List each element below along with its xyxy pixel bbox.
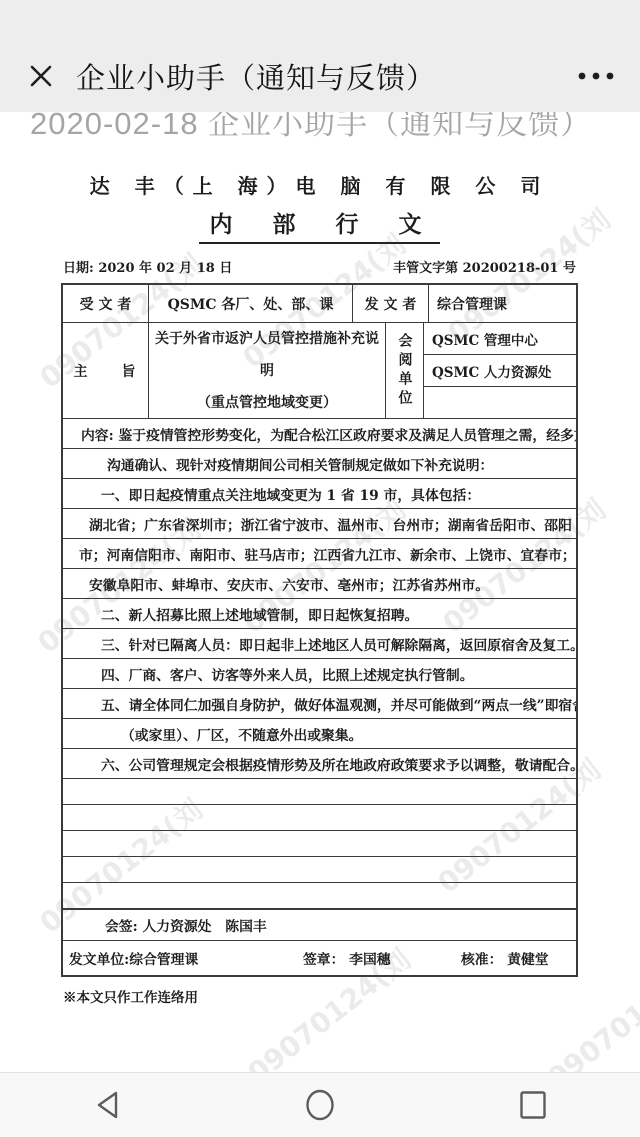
- recipient-value: QSMC 各厂、处、部、课: [149, 285, 353, 322]
- doc-number: 丰管文字第 20200218-01 号: [393, 257, 576, 276]
- blank-row: [63, 831, 576, 857]
- memo-table: 受 文 者 QSMC 各厂、处、部、课 发 文 者 综合管理课 主 旨 关于外省…: [61, 283, 578, 977]
- recents-icon[interactable]: [427, 1090, 640, 1120]
- content-line: （或家里）、厂区，不随意外出或聚集。: [63, 719, 576, 749]
- content-line: 沟通确认、现针对疫情期间公司相关管制规定做如下补充说明：: [63, 449, 576, 479]
- sender-value: 综合管理课: [429, 285, 576, 322]
- blank-row: [63, 883, 576, 909]
- content-line: 湖北省；广东省深圳市；浙江省宁波市、温州市、台州市；湖南省岳阳市、邵阳: [63, 509, 576, 539]
- subject-line-2: （重点管控地域变更）: [197, 387, 337, 419]
- content-line: 市；河南信阳市、南阳市、驻马店市；江西省九江市、新余市、上饶市、宜春市；: [63, 539, 576, 569]
- screen: 2020-02-18 企业小助手（通知与反馈） 企业小助手（通知与反馈） 090…: [0, 0, 640, 1137]
- app-header: 企业小助手（通知与反馈）: [0, 0, 640, 112]
- recipient-label: 受 文 者: [63, 285, 149, 322]
- content-line: 四、厂商、客户、访客等外来人员，比照上述规定执行管制。: [63, 659, 576, 689]
- subject-label: 主 旨: [63, 323, 149, 418]
- page-title: 企业小助手（通知与反馈）: [76, 56, 436, 97]
- countersign-row: 会签: 人力资源处 陈国丰: [63, 909, 576, 941]
- recipient-row: 受 文 者 QSMC 各厂、处、部、课 发 文 者 综合管理课: [63, 285, 576, 323]
- content-line: 三、针对已隔离人员：即日起非上述地区人员可解除隔离，返回原宿舍及复工。: [63, 629, 576, 659]
- cc-unit: QSMC 管理中心: [424, 323, 576, 355]
- memo-document: 达 丰（上 海）电 脑 有 限 公 司 内 部 行 文 日期: 2020 年 0…: [61, 170, 578, 1006]
- subject-body: 关于外省市返沪人员管控措施补充说明 （重点管控地域变更）: [149, 323, 386, 418]
- content-line: 二、新人招募比照上述地域管制，即日起恢复招聘。: [63, 599, 576, 629]
- content-line: 一、即日起疫情重点关注地域变更为 1 省 19 市，具体包括：: [63, 479, 576, 509]
- doc-date: 日期: 2020 年 02 月 18 日: [63, 257, 232, 276]
- blank-row: [63, 805, 576, 831]
- blank-row: [63, 857, 576, 883]
- document-title: 内 部 行 文: [199, 206, 439, 244]
- more-icon[interactable]: [574, 61, 618, 91]
- cc-units: QSMC 管理中心 QSMC 人力资源处: [424, 323, 576, 418]
- cc-unit: [424, 387, 576, 418]
- content-line: 五、请全体同仁加强自身防护，做好体温观测，并尽可能做到“两点一线”即宿舍: [63, 689, 576, 719]
- company-name: 达 丰（上 海）电 脑 有 限 公 司: [61, 170, 578, 199]
- footnote: ※本文只作工作连络用: [61, 986, 578, 1006]
- sender-label: 发 文 者: [353, 285, 429, 322]
- content-line: 六、公司管理规定会根据疫情形势及所在地政府政策要求予以调整，敬请配合。: [63, 749, 576, 779]
- android-nav-bar: [0, 1072, 640, 1137]
- blank-row: [63, 779, 576, 805]
- cc-unit: QSMC 人力资源处: [424, 355, 576, 387]
- subject-row: 主 旨 关于外省市返沪人员管控措施补充说明 （重点管控地域变更） 会阅单位 QS…: [63, 323, 576, 419]
- content-line: 内容: 鉴于疫情管控形势变化，为配合松江区政府要求及满足人员管理之需，经多方: [63, 419, 576, 449]
- home-icon[interactable]: [213, 1089, 426, 1121]
- subject-line-1: 关于外省市返沪人员管控措施补充说明: [149, 323, 385, 387]
- doc-meta-row: 日期: 2020 年 02 月 18 日 丰管文字第 20200218-01 号: [63, 257, 576, 276]
- cc-units-label: 会阅单位: [386, 323, 424, 418]
- issuer-row: 发文单位:综合管理课 签章： 李国穗 核准： 黄健堂: [63, 941, 576, 975]
- content-line: 安徽阜阳市、蚌埠市、安庆市、六安市、亳州市；江苏省苏州市。: [63, 569, 576, 599]
- back-icon[interactable]: [0, 1090, 213, 1120]
- issuing-unit: 发文单位:综合管理课: [63, 948, 303, 968]
- approval: 核准： 黄健堂: [461, 948, 549, 968]
- signature: 签章： 李国穗: [303, 948, 461, 968]
- close-icon[interactable]: [24, 59, 58, 93]
